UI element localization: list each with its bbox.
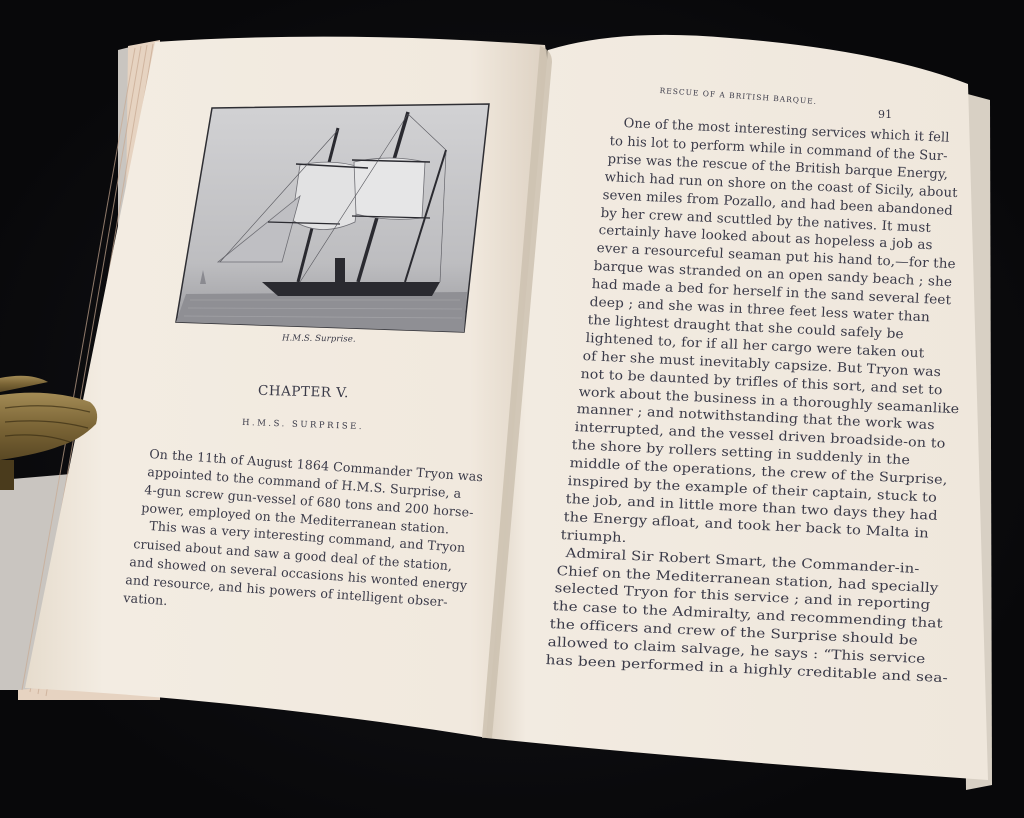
right-text-line: triumph. (561, 528, 628, 546)
page-number: 91 (878, 108, 892, 121)
ship-illustration (176, 104, 489, 332)
left-text-line: vation. (123, 590, 168, 608)
chapter-title: CHAPTER V. (258, 383, 349, 401)
illustration-caption: H.M.S. Surprise. (282, 333, 356, 344)
